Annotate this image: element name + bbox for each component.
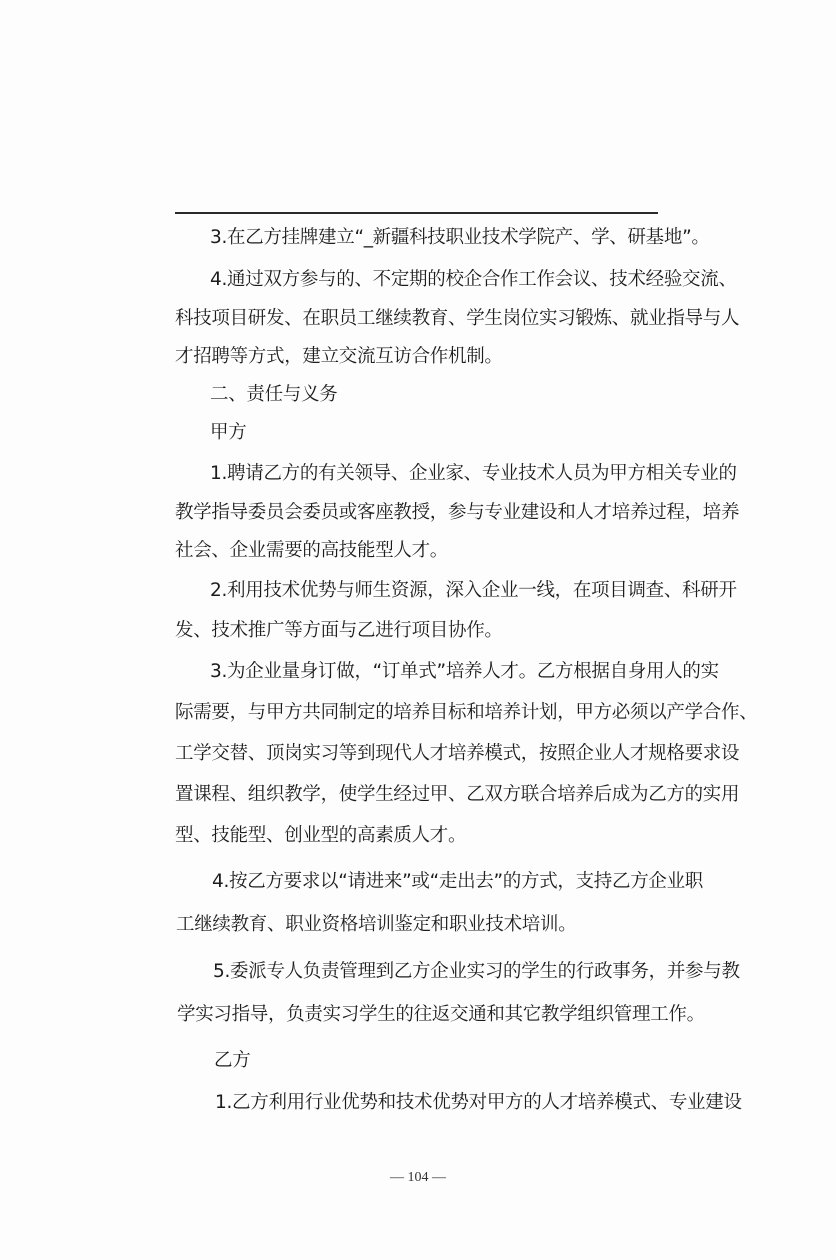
party-a-item-1-line-1: 1.聘请乙方的有关领导、企业家、专业技术人员为甲方相关专业的	[210, 462, 737, 486]
clause-3-base: 3.在乙方挂牌建立“_新疆科技职业技术学院产、学、研基地”。	[210, 226, 710, 250]
document-page: 3.在乙方挂牌建立“_新疆科技职业技术学院产、学、研基地”。 4.通过双方参与的…	[0, 0, 836, 1260]
party-a-item-3-line-3: 工学交替、顶岗实习等到现代人才培养模式，按照企业人才规格要求设	[175, 742, 739, 766]
party-b-heading: 乙方	[214, 1049, 250, 1073]
party-a-item-5-line-1: 5.委派专人负责管理到乙方企业实习的学生的行政事务，并参与教	[213, 960, 740, 984]
section-heading-responsibilities: 二、责任与义务	[210, 383, 337, 407]
party-a-item-4-line-1: 4.按乙方要求以“请进来”或“走出去”的方式，支持乙方企业职	[212, 870, 703, 894]
party-a-heading: 甲方	[210, 421, 246, 445]
party-a-item-3-line-1: 3.为企业量身订做，“订单式”培养人才。乙方根据自身用人的实	[210, 660, 719, 684]
party-a-item-3-line-2: 际需要，与甲方共同制定的培养目标和培养计划，甲方必须以产学合作、	[175, 701, 757, 725]
party-a-item-4-line-2: 工继续教育、职业资格培训鉴定和职业技术培训。	[176, 913, 576, 937]
party-a-item-2-line-1: 2.利用技术优势与师生资源，深入企业一线，在项目调查、科研开	[210, 579, 737, 603]
party-a-item-1-line-2: 教学指导委员会委员或客座教授，参与专业建设和人才培养过程，培养	[175, 501, 739, 525]
clause-4-line-1: 4.通过双方参与的、不定期的校企合作工作会议、技术经验交流、	[210, 268, 737, 292]
party-b-item-1-line-1: 1.乙方利用行业优势和技术优势对甲方的人才培养模式、专业建设	[215, 1091, 742, 1115]
party-a-item-2-line-2: 发、技术推广等方面与乙进行项目协作。	[175, 619, 503, 643]
party-a-item-3-line-5: 型、技能型、创业型的高素质人才。	[175, 824, 466, 848]
party-a-item-5-line-2: 学实习指导，负责实习学生的往返交通和其它教学组织管理工作。	[177, 1003, 705, 1027]
party-a-item-1-line-3: 社会、企业需要的高技能型人才。	[175, 539, 448, 563]
clause-4-line-2: 科技项目研发、在职员工继续教育、学生岗位实习锻炼、就业指导与人	[175, 307, 739, 331]
clause-4-line-3: 才招聘等方式，建立交流互访合作机制。	[175, 345, 503, 369]
header-rule	[175, 212, 658, 214]
page-number: — 104 —	[0, 1170, 836, 1186]
party-a-item-3-line-4: 置课程、组织教学，使学生经过甲、乙双方联合培养后成为乙方的实用	[175, 783, 739, 807]
